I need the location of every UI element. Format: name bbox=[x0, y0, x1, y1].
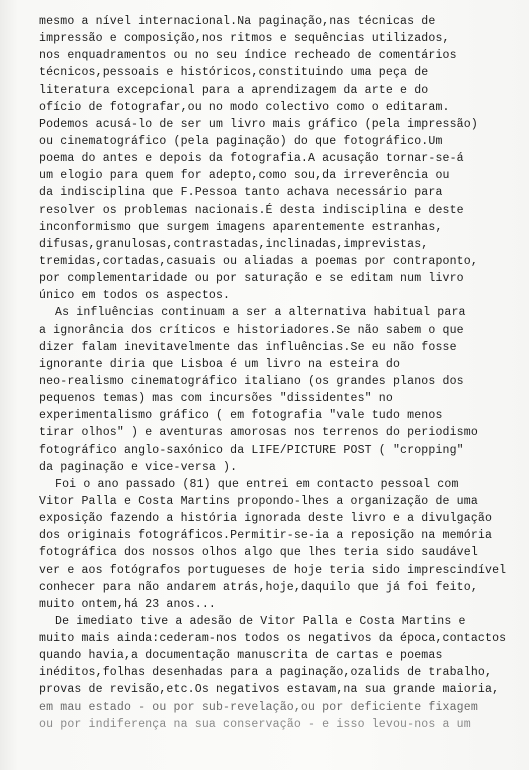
text-line: As influências continuam a ser a alterna… bbox=[39, 304, 529, 321]
text-line: literatura excepcional para a aprendizag… bbox=[39, 82, 529, 99]
text-line: De imediato tive a adesão de Vitor Palla… bbox=[39, 613, 529, 630]
text-line: Foi o ano passado (81) que entrei em con… bbox=[39, 476, 529, 493]
text-line: ofício de fotografar,ou no modo colectiv… bbox=[39, 99, 529, 116]
text-line: tremidas,cortadas,casuais ou aliadas a p… bbox=[39, 253, 529, 270]
text-line: inéditos,folhas desenhadas para a pagina… bbox=[39, 664, 529, 681]
text-line: nos enquadramentos ou no seu índice rech… bbox=[39, 47, 529, 64]
text-line: fotográfica dos nossos olhos algo que lh… bbox=[39, 544, 529, 561]
text-line: fotográfico anglo-saxónico da LIFE/PICTU… bbox=[39, 442, 529, 459]
text-line: neo-realismo cinematográfico italiano (o… bbox=[39, 373, 529, 390]
paragraph: As influências continuam a ser a alterna… bbox=[39, 304, 529, 475]
text-line: ou por indiferença na sua conservação - … bbox=[39, 716, 529, 733]
text-line: exposição fazendo a história ignorada de… bbox=[39, 510, 529, 527]
text-line: muito mais ainda:cederam-nos todos os ne… bbox=[39, 630, 529, 647]
text-line: pequenos temas) mas com incursões "dissi… bbox=[39, 390, 529, 407]
text-line: um elogio para quem for adepto,como sou,… bbox=[39, 167, 529, 184]
text-line: da paginação e vice-versa ). bbox=[39, 459, 529, 476]
text-line: ignorante diria que Lisboa é um livro na… bbox=[39, 356, 529, 373]
text-line: Vitor Palla e Costa Martins propondo-lhe… bbox=[39, 493, 529, 510]
text-line: poema do antes e depois da fotografia.A … bbox=[39, 150, 529, 167]
text-line: em mau estado - ou por sub-revelação,ou … bbox=[39, 699, 529, 716]
text-line: experimentalismo gráfico ( em fotografia… bbox=[39, 407, 529, 424]
text-line: da indisciplina que F.Pessoa tanto achav… bbox=[39, 184, 529, 201]
document-body: mesmo a nível internacional.Na paginação… bbox=[39, 13, 529, 733]
text-line: provas de revisão,etc.Os negativos estav… bbox=[39, 681, 529, 698]
text-line: inconformismo que surgem imagens aparent… bbox=[39, 219, 529, 236]
text-line: resolver os problemas nacionais.É desta … bbox=[39, 202, 529, 219]
text-line: por complementaridade ou por saturação e… bbox=[39, 270, 529, 287]
text-line: dos originais fotográficos.Permitir-se-i… bbox=[39, 527, 529, 544]
text-line: muito ontem,há 23 anos... bbox=[39, 596, 529, 613]
text-line: difusas,granulosas,contrastadas,inclinad… bbox=[39, 236, 529, 253]
text-line: conhecer para não andarem atrás,hoje,daq… bbox=[39, 579, 529, 596]
paragraph: mesmo a nível internacional.Na paginação… bbox=[39, 13, 529, 304]
text-line: técnicos,pessoais e históricos,constitui… bbox=[39, 64, 529, 81]
text-line: tirar olhos" ) e aventuras amorosas nos … bbox=[39, 424, 529, 441]
typewritten-page: mesmo a nível internacional.Na paginação… bbox=[0, 0, 529, 770]
text-line: mesmo a nível internacional.Na paginação… bbox=[39, 13, 529, 30]
text-line: quando havia,a documentação manuscrita d… bbox=[39, 647, 529, 664]
text-line: a ignorância dos críticos e historiadore… bbox=[39, 322, 529, 339]
paragraph: Foi o ano passado (81) que entrei em con… bbox=[39, 476, 529, 613]
text-line: único em todos os aspectos. bbox=[39, 287, 529, 304]
text-line: impressão e composição,nos ritmos e sequ… bbox=[39, 30, 529, 47]
text-line: Podemos acusá-lo de ser um livro mais gr… bbox=[39, 116, 529, 133]
text-line: dizer falam inevitavelmente das influênc… bbox=[39, 339, 529, 356]
paragraph: De imediato tive a adesão de Vitor Palla… bbox=[39, 613, 529, 733]
text-line: ou cinematográfico (pela paginação) do q… bbox=[39, 133, 529, 150]
text-line: ver e aos fotógrafos portugueses de hoje… bbox=[39, 562, 529, 579]
